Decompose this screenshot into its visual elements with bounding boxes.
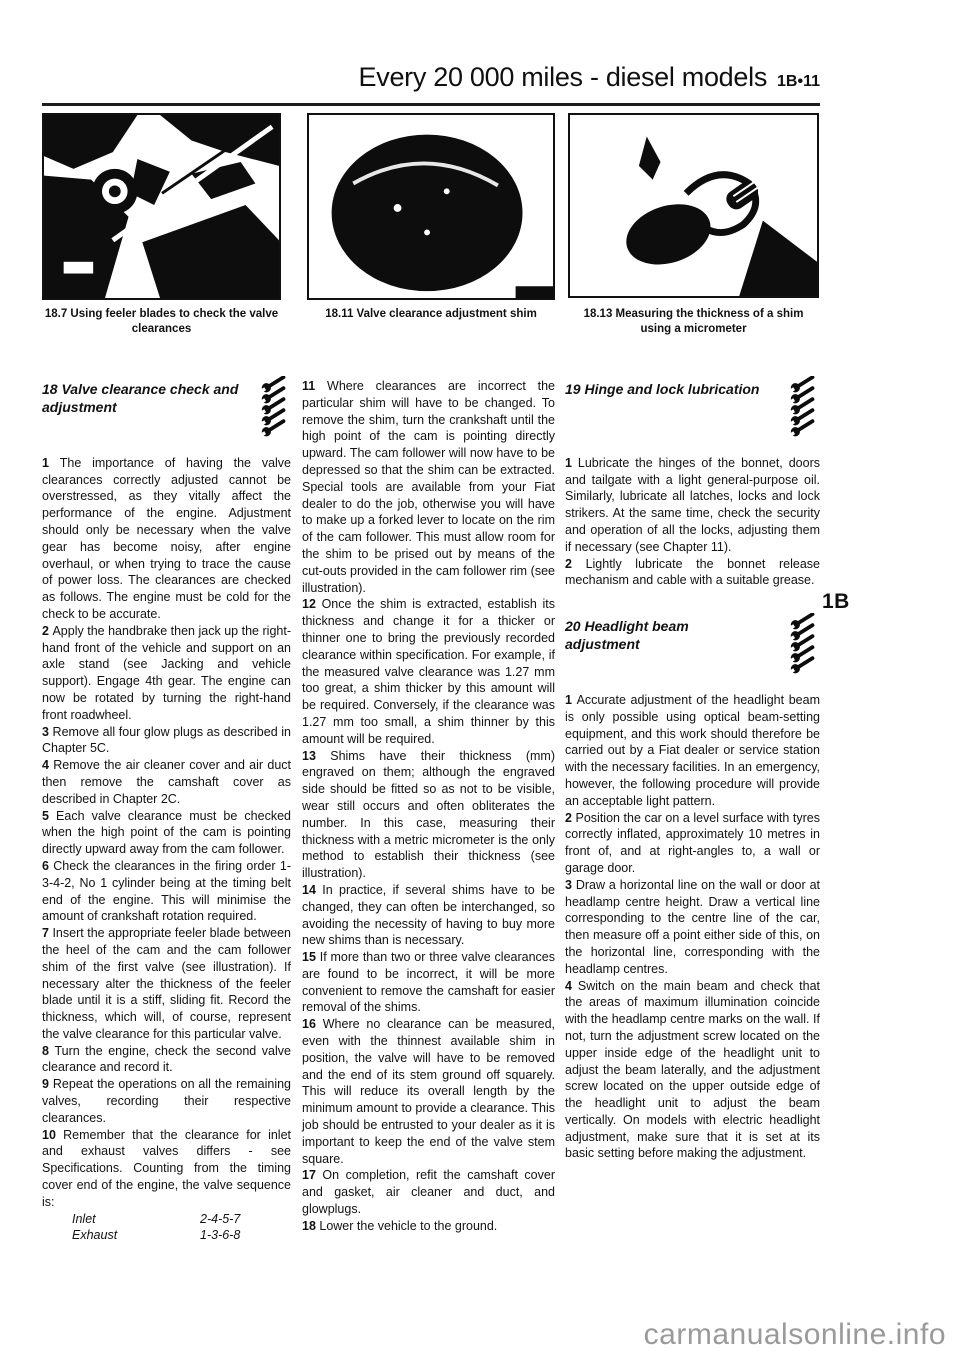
section-heading-title: 18 Valve clearance check and adjustment [42, 378, 240, 416]
watermark-text: carmanualsonline.info [644, 1318, 946, 1352]
text-column-right: 19 Hinge and lock lubrication1 Lubricate… [565, 378, 820, 1162]
difficulty-wrench-icon [786, 613, 820, 682]
paragraph-3: 3 Remove all four glow plugs as describe… [42, 724, 291, 758]
section-heading-20: 20 Headlight beam adjustment [565, 615, 820, 682]
paragraph-17: 17 On completion, refit the camshaft cov… [302, 1167, 555, 1217]
valve-sequence-row: Exhaust1-3-6-8 [72, 1227, 291, 1244]
paragraph-1: 1 The importance of having the valve cle… [42, 455, 291, 623]
photo-micrometer-art [570, 115, 817, 296]
photo-caption: 18.11 Valve clearance adjustment shim [307, 307, 555, 322]
difficulty-wrench-icon [257, 376, 291, 445]
paragraph-5: 5 Each valve clearance must be checked w… [42, 808, 291, 858]
paragraph-number: 3 [42, 725, 49, 739]
paragraph-number: 6 [42, 859, 49, 873]
paragraph-14: 14 In practice, if several shims have to… [302, 882, 555, 949]
section-heading-title: 19 Hinge and lock lubrication [565, 378, 759, 399]
paragraph-number: 17 [302, 1168, 316, 1182]
paragraph-number: 1 [565, 693, 572, 707]
paragraph-number: 11 [302, 379, 315, 393]
paragraph-18: 18 Lower the vehicle to the ground. [302, 1218, 555, 1235]
paragraph-8: 8 Turn the engine, check the second valv… [42, 1043, 291, 1077]
paragraph-number: 7 [42, 926, 49, 940]
paragraph-number: 8 [42, 1044, 49, 1058]
section-heading-title: 20 Headlight beam adjustment [565, 615, 763, 653]
valve-sequence-table: Inlet2-4-5-7Exhaust1-3-6-8 [72, 1211, 291, 1245]
paragraph-number: 3 [565, 878, 572, 892]
paragraph-2: 2 Apply the handbrake then jack up the r… [42, 623, 291, 724]
paragraph-3: 3 Draw a horizontal line on the wall or … [565, 877, 820, 978]
header-rule [42, 103, 820, 106]
section-heading-19: 19 Hinge and lock lubrication [565, 378, 820, 445]
photo-caption: 18.13 Measuring the thickness of a shim … [568, 307, 819, 336]
page-title: Every 20 000 miles - diesel models [359, 62, 768, 93]
paragraph-4: 4 Switch on the main beam and check that… [565, 978, 820, 1163]
manual-page: Every 20 000 miles - diesel models 1B•11 [0, 0, 960, 1362]
paragraph-number: 10 [42, 1128, 56, 1142]
paragraph-15: 15 If more than two or three valve clear… [302, 949, 555, 1016]
paragraph-number: 15 [302, 950, 316, 964]
paragraph-4: 4 Remove the air cleaner cover and air d… [42, 757, 291, 807]
paragraph-number: 16 [302, 1017, 316, 1031]
paragraph-13: 13 Shims have their thickness (mm) engra… [302, 748, 555, 882]
photo-caption: 18.7 Using feeler blades to check the va… [42, 307, 281, 336]
page-header: Every 20 000 miles - diesel models 1B•11 [42, 62, 820, 93]
text-column-middle: 11 Where clearances are incorrect the pa… [302, 378, 555, 1235]
paragraph-number: 9 [42, 1077, 49, 1091]
text-column-left: 18 Valve clearance check and adjustment1… [42, 378, 291, 1244]
photo-feeler-blades-image [42, 113, 281, 300]
photo-feeler-blades-art [44, 115, 279, 298]
paragraph-number: 12 [302, 597, 316, 611]
difficulty-wrench-icon [786, 376, 820, 445]
paragraph-9: 9 Repeat the operations on all the remai… [42, 1076, 291, 1126]
paragraph-16: 16 Where no clearance can be measured, e… [302, 1016, 555, 1167]
paragraph-2: 2 Position the car on a level surface wi… [565, 810, 820, 877]
valve-sequence-label: Inlet [72, 1211, 200, 1228]
section-heading-18: 18 Valve clearance check and adjustment [42, 378, 291, 445]
paragraph-number: 1 [42, 456, 49, 470]
paragraph-11: 11 Where clearances are incorrect the pa… [302, 378, 555, 596]
paragraph-number: 4 [42, 758, 49, 772]
paragraph-10: 10 Remember that the clearance for inlet… [42, 1127, 291, 1211]
paragraph-number: 5 [42, 809, 49, 823]
paragraph-7: 7 Insert the appropriate feeler blade be… [42, 925, 291, 1043]
valve-sequence-value: 2-4-5-7 [200, 1211, 240, 1228]
paragraph-number: 4 [565, 979, 572, 993]
valve-sequence-row: Inlet2-4-5-7 [72, 1211, 291, 1228]
page-number: 1B•11 [777, 73, 820, 91]
paragraph-number: 14 [302, 883, 316, 897]
paragraph-number: 18 [302, 1219, 316, 1233]
paragraph-number: 13 [302, 749, 316, 763]
photo-adjustment-shim-art [309, 115, 553, 298]
paragraph-1: 1 Accurate adjustment of the headlight b… [565, 692, 820, 810]
paragraph-12: 12 Once the shim is extracted, establish… [302, 596, 555, 747]
valve-sequence-label: Exhaust [72, 1227, 200, 1244]
paragraph-2: 2 Lightly lubricate the bonnet release m… [565, 556, 820, 590]
paragraph-number: 1 [565, 456, 572, 470]
paragraph-number: 2 [565, 557, 572, 571]
photo-micrometer-image [568, 113, 819, 298]
chapter-tab-marker: 1B [822, 590, 850, 614]
photo-adjustment-shim-image [307, 113, 555, 300]
valve-sequence-value: 1-3-6-8 [200, 1227, 240, 1244]
paragraph-number: 2 [42, 624, 49, 638]
paragraph-6: 6 Check the clearances in the firing ord… [42, 858, 291, 925]
paragraph-number: 2 [565, 811, 572, 825]
paragraph-1: 1 Lubricate the hinges of the bonnet, do… [565, 455, 820, 556]
